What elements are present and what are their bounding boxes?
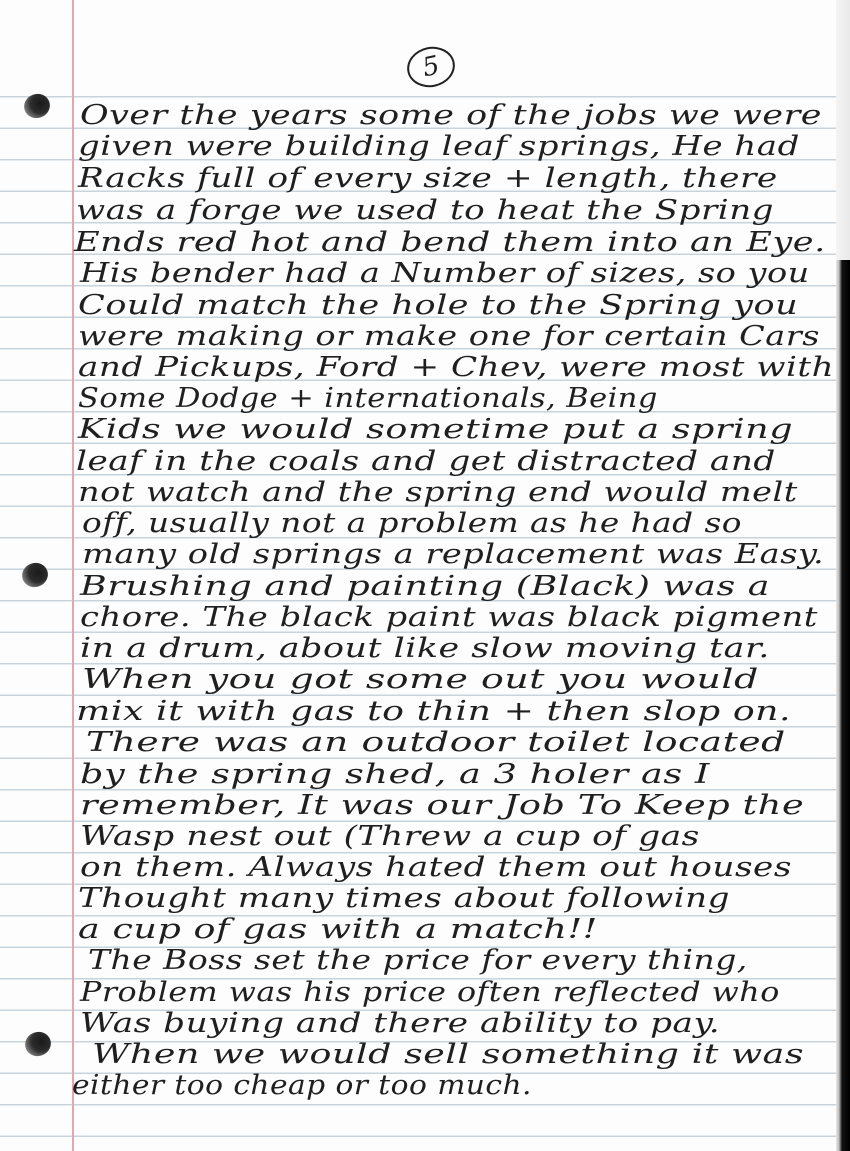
handwritten-line: remember, It was our Job To Keep the — [80, 790, 804, 821]
notebook-page: 5 Over the years some of the jobs we wer… — [0, 0, 850, 1151]
handwritten-line: chore. The black paint was black pigment — [80, 602, 818, 633]
handwritten-line: Could match the hole to the Spring you — [78, 290, 798, 321]
handwritten-line: many old springs a replacement was Easy. — [82, 539, 824, 570]
handwritten-line: mix it with gas to thin + then slop on. — [76, 696, 791, 727]
handwritten-line: His bender had a Number of sizes, so you — [80, 258, 810, 289]
handwritten-line: Wasp nest out (Threw a cup of gas — [80, 821, 700, 852]
handwritten-line: were making or make one for certain Cars — [78, 321, 820, 352]
handwritten-line: Brushing and painting (Black) was a — [80, 571, 770, 602]
handwritten-line: a cup of gas with a match!! — [78, 914, 598, 945]
handwritten-line: Some Dodge + internationals, Being — [78, 383, 658, 414]
handwritten-line: by the spring shed, a 3 holer as I — [80, 759, 710, 790]
handwritten-line: Kids we would sometime put a spring — [78, 414, 793, 445]
handwritten-line: Problem was his price often reflected wh… — [80, 977, 780, 1008]
handwritten-line: on them. Always hated them out houses — [80, 852, 792, 883]
handwritten-line: was a forge we used to heat the Spring — [76, 195, 774, 226]
handwritten-line: Over the years some of the jobs we were — [80, 100, 822, 131]
handwritten-line: off, usually not a problem as he had so — [82, 508, 742, 539]
handwritten-line: There was an outdoor toilet located — [86, 727, 786, 758]
handwritten-text-body: Over the years some of the jobs we wereg… — [0, 0, 850, 1151]
handwritten-line: Racks full of every size + length, there — [78, 163, 778, 194]
handwritten-line: given were building leaf springs, He had — [78, 131, 800, 162]
handwritten-line: not watch and the spring end would melt — [78, 477, 798, 508]
handwritten-line: either too cheap or too much. — [72, 1070, 532, 1101]
handwritten-line: When you got some out you would — [82, 664, 759, 695]
handwritten-line: Thought many times about following — [78, 883, 730, 914]
handwritten-line: in a drum, about like slow moving tar. — [80, 633, 770, 664]
handwritten-line: and Pickups, Ford + Chev, were most with — [78, 352, 834, 383]
handwritten-line: The Boss set the price for every thing, — [88, 945, 748, 976]
handwritten-line: leaf in the coals and get distracted and — [76, 446, 776, 477]
handwritten-line: Was buying and there ability to pay. — [80, 1008, 720, 1039]
handwritten-line: When we would sell something it was — [92, 1039, 804, 1070]
handwritten-line: Ends red hot and bend them into an Eye. — [74, 227, 826, 258]
